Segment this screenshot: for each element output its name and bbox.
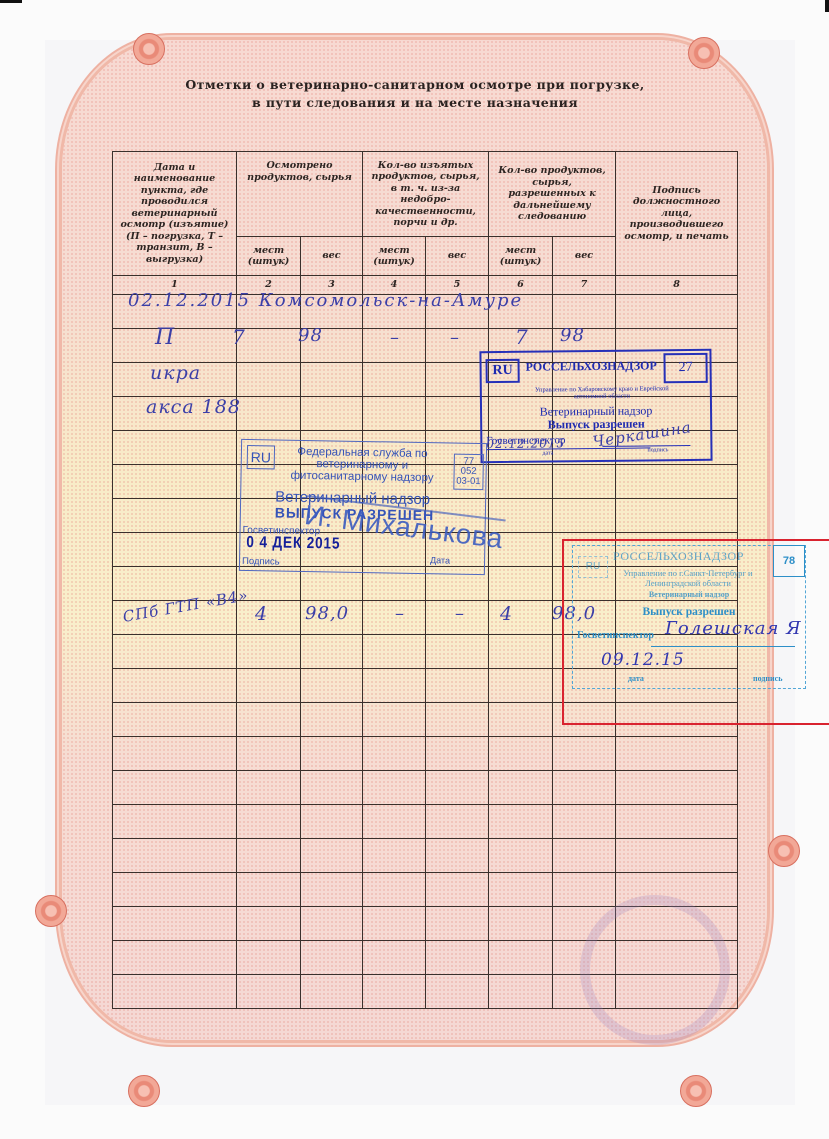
handwritten-entry-col5: –	[450, 327, 460, 348]
table-cell	[113, 805, 237, 839]
table-cell	[363, 907, 426, 941]
subheader-places: мест (штук)	[489, 237, 553, 276]
table-cell	[426, 805, 489, 839]
handwritten-entry-col6: 7	[515, 325, 529, 349]
table-cell	[553, 771, 616, 805]
table-cell	[113, 431, 237, 465]
table-cell	[301, 669, 363, 703]
table-cell	[113, 941, 237, 975]
title-line-1: Отметки о ветеринарно-санитарном осмотре…	[150, 76, 680, 94]
table-cell	[363, 363, 426, 397]
table-cell	[301, 397, 363, 431]
table-cell	[489, 839, 553, 873]
scan-corner-top-left	[0, 0, 22, 3]
column-number: 8	[616, 276, 738, 295]
table-cell	[363, 635, 426, 669]
table-cell	[553, 805, 616, 839]
table-cell	[553, 873, 616, 907]
table-cell	[426, 873, 489, 907]
table-cell	[489, 567, 553, 601]
table-cell	[237, 703, 301, 737]
table-cell	[489, 975, 553, 1009]
table-cell	[113, 499, 237, 533]
table-cell	[237, 635, 301, 669]
header-allowed: Кол-во продуктов, сырья, разрешенных к д…	[489, 152, 616, 237]
handwritten-entry-product: икра	[150, 362, 201, 384]
rosette-ornament-icon	[133, 33, 165, 65]
stamp-subtitle: Управление по Хабаровскому краю и Еврейс…	[532, 385, 672, 400]
stamp-org-name: Федеральная служба по ветеринарному и фи…	[279, 446, 445, 485]
handwritten-entry-col7: 98	[560, 325, 585, 346]
table-cell	[301, 771, 363, 805]
handwritten-entry-col3: 98	[298, 325, 323, 346]
table-cell	[301, 805, 363, 839]
table-cell	[237, 873, 301, 907]
header-inspected: Осмотрено продуктов, сырья	[237, 152, 363, 237]
rosette-ornament-icon	[688, 37, 720, 69]
table-cell	[616, 805, 738, 839]
table-cell	[113, 907, 237, 941]
table-cell	[237, 941, 301, 975]
table-cell	[237, 975, 301, 1009]
highlight-box	[562, 539, 829, 725]
handwritten-entry-col6: 4	[500, 603, 513, 625]
table-cell	[616, 737, 738, 771]
table-cell	[363, 941, 426, 975]
table-cell	[426, 669, 489, 703]
table-cell	[363, 975, 426, 1009]
header-withdrawn: Кол-во изъятых продуктов, сырья, в т. ч.…	[363, 152, 489, 237]
table-cell	[489, 601, 553, 635]
table-cell	[489, 669, 553, 703]
table-cell	[489, 771, 553, 805]
table-cell	[489, 805, 553, 839]
handwritten-entry-col5: –	[455, 603, 465, 624]
table-cell	[237, 601, 301, 635]
table-cell	[113, 771, 237, 805]
subheader-weight: вес	[553, 237, 616, 276]
table-cell	[301, 363, 363, 397]
table-cell	[113, 635, 237, 669]
handwritten-entry-col2: 7	[232, 325, 246, 349]
title-line-2: в пути следования и на месте назначения	[150, 94, 680, 112]
table-cell	[113, 737, 237, 771]
rosette-ornament-icon	[680, 1075, 712, 1107]
table-cell	[553, 295, 616, 329]
table-cell	[113, 839, 237, 873]
table-cell	[237, 907, 301, 941]
stamp-date-label: дата	[542, 450, 553, 456]
stamp-sign-label: подпись	[647, 447, 668, 453]
table-cell	[237, 329, 301, 363]
table-cell	[363, 737, 426, 771]
table-cell	[363, 839, 426, 873]
table-cell	[426, 941, 489, 975]
table-cell	[301, 703, 363, 737]
stamp-org-name: РОССЕЛЬХОЗНАДЗОР	[526, 358, 657, 374]
table-cell	[489, 873, 553, 907]
table-row	[113, 839, 738, 873]
table-cell	[301, 975, 363, 1009]
rosette-ornament-icon	[768, 835, 800, 867]
table-cell	[426, 737, 489, 771]
table-cell	[363, 771, 426, 805]
table-cell	[489, 465, 553, 499]
handwritten-entry-col3: 98,0	[305, 603, 349, 624]
table-cell	[113, 533, 237, 567]
table-cell	[237, 397, 301, 431]
subheader-places: мест (штук)	[363, 237, 426, 276]
table-cell	[553, 839, 616, 873]
table-cell	[113, 669, 237, 703]
table-cell	[113, 465, 237, 499]
table-cell	[426, 703, 489, 737]
column-number: 7	[553, 276, 616, 295]
table-cell	[426, 975, 489, 1009]
table-cell	[301, 873, 363, 907]
rosette-ornament-icon	[128, 1075, 160, 1107]
handwritten-entry-col4: –	[390, 327, 400, 348]
table-cell	[301, 635, 363, 669]
handwritten-entry-product-code: акса 188	[146, 396, 241, 418]
handwritten-entry-col1: П	[155, 325, 175, 350]
table-cell	[237, 839, 301, 873]
table-cell	[363, 873, 426, 907]
table-cell	[426, 771, 489, 805]
table-cell	[301, 941, 363, 975]
table-cell	[363, 601, 426, 635]
table-cell	[301, 839, 363, 873]
table-cell	[553, 465, 616, 499]
stamp-date-label: Дата	[430, 555, 450, 565]
stamp-sign-label: Подпись	[242, 556, 280, 568]
table-cell	[616, 771, 738, 805]
table-cell	[616, 839, 738, 873]
faded-round-seal	[580, 895, 730, 1045]
handwritten-entry-date-place: 02.12.2015 Комсомольск-на-Амуре	[128, 290, 523, 311]
table-cell	[237, 669, 301, 703]
stamp-code: 77 052 03-01	[453, 454, 484, 491]
table-cell	[616, 465, 738, 499]
scan-corner-top-right	[825, 0, 829, 12]
table-cell	[616, 499, 738, 533]
table-cell	[113, 975, 237, 1009]
table-cell	[616, 295, 738, 329]
table-cell	[426, 907, 489, 941]
table-cell	[553, 737, 616, 771]
subheader-weight: вес	[426, 237, 489, 276]
table-cell	[489, 941, 553, 975]
header-signature: Подпись должностного лица, производившег…	[616, 152, 738, 276]
stamp-date-value: 0 4 ДЕК 2015	[246, 534, 340, 554]
table-cell	[237, 805, 301, 839]
subheader-places: мест (штук)	[237, 237, 301, 276]
table-cell	[363, 397, 426, 431]
table-cell	[113, 703, 237, 737]
table-row	[113, 737, 738, 771]
table-cell	[113, 873, 237, 907]
table-cell	[301, 737, 363, 771]
header-date-place: Дата и наименование пункта, где проводил…	[113, 152, 237, 276]
table-cell	[489, 703, 553, 737]
handwritten-entry-col2: 4	[255, 603, 268, 625]
table-cell	[489, 635, 553, 669]
stamp-region-number: 27	[663, 353, 707, 383]
table-cell	[237, 737, 301, 771]
table-cell	[426, 839, 489, 873]
table-row	[113, 771, 738, 805]
stamp-ru-label: RU	[486, 359, 520, 383]
page-title: Отметки о ветеринарно-санитарном осмотре…	[150, 76, 680, 112]
table-cell	[553, 499, 616, 533]
table-cell	[363, 669, 426, 703]
subheader-weight: вес	[301, 237, 363, 276]
table-cell	[301, 907, 363, 941]
table-cell	[237, 363, 301, 397]
handwritten-entry-col4: –	[395, 603, 405, 624]
vet-stamp-khabarovsk: RU РОССЕЛЬХОЗНАДЗОР 27 Управление по Хаб…	[479, 349, 712, 463]
table-row	[113, 805, 738, 839]
table-cell	[237, 771, 301, 805]
table-cell	[489, 737, 553, 771]
stamp-ru-label: RU	[247, 445, 275, 469]
table-cell	[489, 907, 553, 941]
table-cell	[426, 635, 489, 669]
table-cell	[363, 703, 426, 737]
rosette-ornament-icon	[35, 895, 67, 927]
table-cell	[363, 805, 426, 839]
